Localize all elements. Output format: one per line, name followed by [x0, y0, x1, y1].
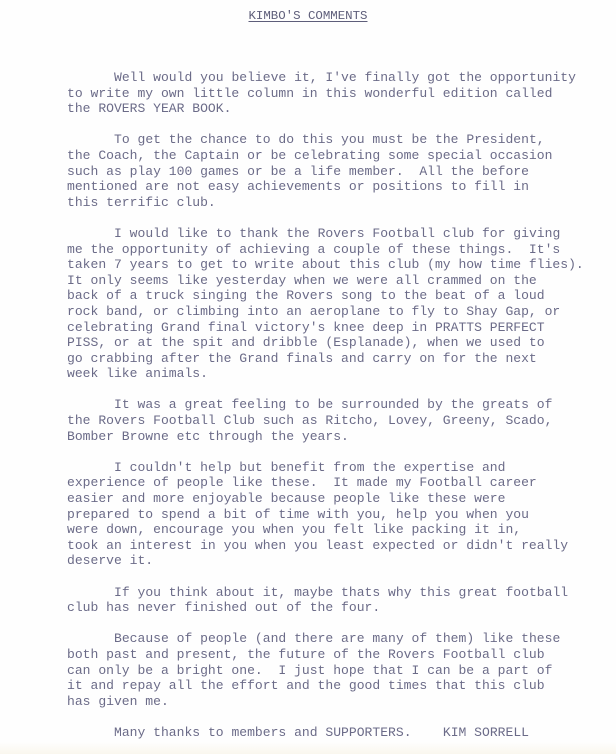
text-line: took an interest in you when you least e… — [67, 538, 607, 554]
line-text: easier and more enjoyable because people… — [67, 491, 505, 506]
text-line: I would like to thank the Rovers Footbal… — [67, 226, 607, 242]
text-line: has given me. — [67, 694, 607, 710]
page-bottom-edge — [0, 742, 616, 754]
line-text: it and repay all the effort and the good… — [67, 678, 545, 693]
paragraph: Well would you believe it, I've finally … — [67, 70, 607, 117]
document-body: Well would you believe it, I've finally … — [67, 70, 607, 741]
page-title: KIMBO'S COMMENTS — [0, 9, 616, 23]
text-line: If you think about it, maybe thats why t… — [67, 585, 607, 601]
paragraph: To get the chance to do this you must be… — [67, 132, 607, 210]
paragraph: If you think about it, maybe thats why t… — [67, 585, 607, 616]
text-line: me the opportunity of achieving a couple… — [67, 242, 607, 258]
text-line: this terrific club. — [67, 195, 607, 211]
text-line: easier and more enjoyable because people… — [67, 491, 607, 507]
text-line: celebrating Grand final victory's knee d… — [67, 320, 607, 336]
line-text: It was a great feeling to be surrounded … — [114, 397, 552, 412]
text-line: club has never finished out of the four. — [67, 600, 607, 616]
line-text: deserve it. — [67, 553, 153, 568]
text-line: such as play 100 games or be a life memb… — [67, 164, 607, 180]
text-line: To get the chance to do this you must be… — [67, 132, 607, 148]
line-text: Well would you believe it, I've finally … — [114, 70, 576, 85]
line-text: taken 7 years to get to write about this… — [67, 257, 584, 272]
text-line: I couldn't help but benefit from the exp… — [67, 460, 607, 476]
text-line: experience of people like these. It made… — [67, 475, 607, 491]
text-line: mentioned are not easy achievements or p… — [67, 179, 607, 195]
line-text: club has never finished out of the four. — [67, 600, 380, 615]
line-text: go crabbing after the Grand finals and c… — [67, 351, 537, 366]
text-line: the Coach, the Captain or be celebrating… — [67, 148, 607, 164]
line-text: If you think about it, maybe thats why t… — [114, 585, 568, 600]
line-text: rock band, or climbing into an aeroplane… — [67, 304, 560, 319]
text-line: prepared to spend a bit of time with you… — [67, 507, 607, 523]
text-line: can only be a bright one. I just hope th… — [67, 663, 607, 679]
line-text: the Coach, the Captain or be celebrating… — [67, 148, 552, 163]
line-text: such as play 100 games or be a life memb… — [67, 164, 529, 179]
document-page: KIMBO'S COMMENTS Well would you believe … — [0, 0, 616, 754]
text-line: PISS, or at the spit and dribble (Esplan… — [67, 335, 607, 351]
text-line: It only seems like yesterday when we wer… — [67, 273, 607, 289]
line-text: has given me. — [67, 694, 169, 709]
signoff-text: Many thanks to members and SUPPORTERS. — [114, 725, 412, 740]
line-text: I couldn't help but benefit from the exp… — [114, 460, 505, 475]
line-text: Because of people (and there are many of… — [114, 631, 560, 646]
line-text: took an interest in you when you least e… — [67, 538, 568, 553]
line-text: to write my own little column in this wo… — [67, 86, 552, 101]
text-line: Because of people (and there are many of… — [67, 631, 607, 647]
text-line: week like animals. — [67, 366, 607, 382]
text-line: Bomber Browne etc through the years. — [67, 429, 607, 445]
author-name: KIM SORRELL — [443, 725, 529, 740]
line-text: me the opportunity of achieving a couple… — [67, 242, 560, 257]
line-text: experience of people like these. It made… — [67, 475, 537, 490]
text-line: were down, encourage you when you felt l… — [67, 522, 607, 538]
line-text: Bomber Browne etc through the years. — [67, 429, 349, 444]
text-line: It was a great feeling to be surrounded … — [67, 397, 607, 413]
text-line: Well would you believe it, I've finally … — [67, 70, 607, 86]
paragraph: I couldn't help but benefit from the exp… — [67, 460, 607, 569]
line-text: prepared to spend a bit of time with you… — [67, 507, 529, 522]
line-text: PISS, or at the spit and dribble (Esplan… — [67, 335, 545, 350]
line-text: mentioned are not easy achievements or p… — [67, 179, 529, 194]
paragraph: It was a great feeling to be surrounded … — [67, 397, 607, 444]
text-line: both past and present, the future of the… — [67, 647, 607, 663]
line-text: the ROVERS YEAR BOOK. — [67, 101, 231, 116]
line-text: week like animals. — [67, 366, 208, 381]
line-text: It only seems like yesterday when we wer… — [67, 273, 537, 288]
signoff: Many thanks to members and SUPPORTERS. K… — [67, 725, 607, 741]
line-text: celebrating Grand final victory's knee d… — [67, 320, 545, 335]
text-line: deserve it. — [67, 553, 607, 569]
paragraph: I would like to thank the Rovers Footbal… — [67, 226, 607, 382]
line-text: the Rovers Football Club such as Ritcho,… — [67, 413, 552, 428]
text-line: the Rovers Football Club such as Ritcho,… — [67, 413, 607, 429]
text-line: the ROVERS YEAR BOOK. — [67, 101, 607, 117]
text-line: taken 7 years to get to write about this… — [67, 257, 607, 273]
text-line: to write my own little column in this wo… — [67, 86, 607, 102]
signoff-spacer — [412, 725, 443, 740]
line-text: can only be a bright one. I just hope th… — [67, 663, 552, 678]
line-text: this terrific club. — [67, 195, 216, 210]
text-line: go crabbing after the Grand finals and c… — [67, 351, 607, 367]
text-line: rock band, or climbing into an aeroplane… — [67, 304, 607, 320]
paragraph: Because of people (and there are many of… — [67, 631, 607, 709]
page-title-text: KIMBO'S COMMENTS — [249, 9, 368, 23]
text-line: it and repay all the effort and the good… — [67, 678, 607, 694]
line-text: both past and present, the future of the… — [67, 647, 545, 662]
line-text: To get the chance to do this you must be… — [114, 132, 545, 147]
line-text: I would like to thank the Rovers Footbal… — [114, 226, 560, 241]
line-text: back of a truck singing the Rovers song … — [67, 288, 545, 303]
text-line: back of a truck singing the Rovers song … — [67, 288, 607, 304]
line-text: were down, encourage you when you felt l… — [67, 522, 521, 537]
